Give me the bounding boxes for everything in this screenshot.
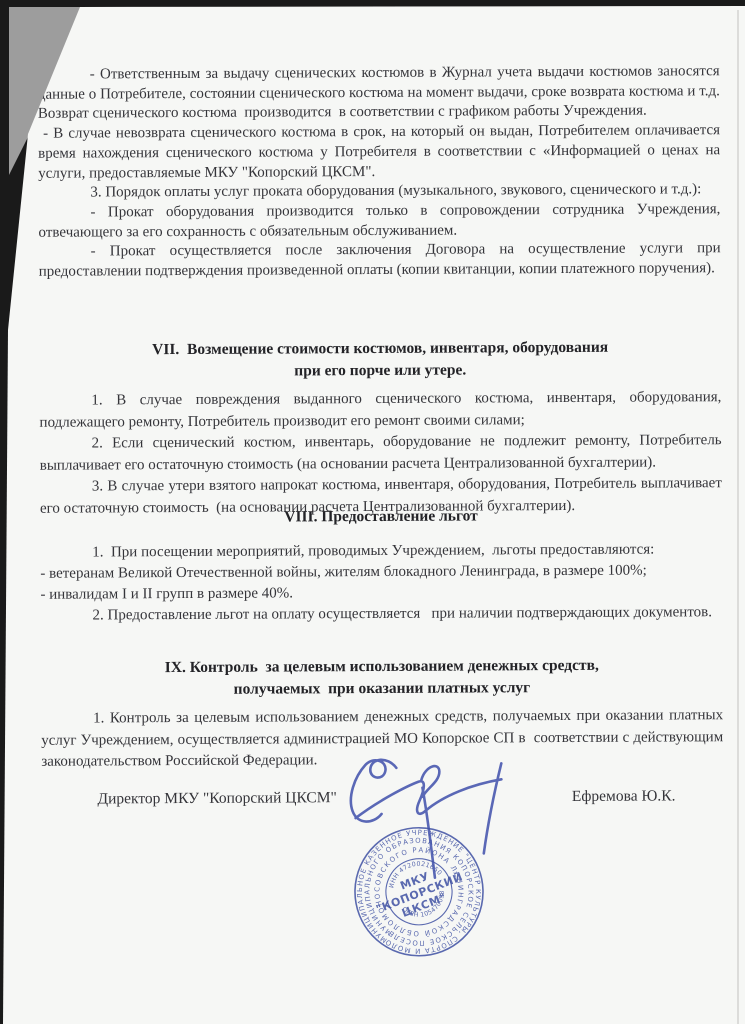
paper-sheet: - Ответственным за выдачу сценических ко… xyxy=(0,0,745,1024)
signer-name: Ефремова Ю.К. xyxy=(572,787,676,806)
section-viii-heading: VIII. Предоставление льгот xyxy=(40,504,722,530)
paragraph: - Прокат оборудования производится тольк… xyxy=(38,200,720,243)
document-content: - Ответственным за выдачу сценических ко… xyxy=(0,0,745,1024)
list-item: 2. Предоставление льгот на оплату осущес… xyxy=(40,602,722,626)
heading-line: VIII. Предоставление льгот xyxy=(40,504,722,530)
heading-line: получаемых при оказании платных услуг xyxy=(41,676,723,702)
list-item: 1. В случае повреждения выданного сценич… xyxy=(39,387,721,434)
paragraph: - Ответственным за выдачу сценических ко… xyxy=(38,62,720,125)
paragraph: - Прокат осуществляется после заключения… xyxy=(39,240,721,283)
intro-paragraphs: - Ответственным за выдачу сценических ко… xyxy=(38,62,721,282)
paragraph: - В случае невозврата сценического костю… xyxy=(38,121,720,184)
section-ix-heading: IX. Контроль за целевым использованием д… xyxy=(41,654,723,702)
section-vii-items: 1. В случае повреждения выданного сценич… xyxy=(39,387,722,520)
list-item: 2. Если сценический костюм, инвентарь, о… xyxy=(40,430,722,477)
signer-title: Директор МКУ "Копорский ЦКСМ" xyxy=(97,789,336,808)
heading-line: при его порче или утере. xyxy=(39,358,721,384)
list-item: - ветеранам Великой Отечественной войны,… xyxy=(40,560,722,584)
section-viii-items: 1. При посещении мероприятий, проводимых… xyxy=(40,539,722,626)
section-vii-heading: VII. Возмещение стоимости костюмов, инве… xyxy=(39,336,721,384)
scanned-document-page: - Ответственным за выдачу сценических ко… xyxy=(0,0,745,1024)
